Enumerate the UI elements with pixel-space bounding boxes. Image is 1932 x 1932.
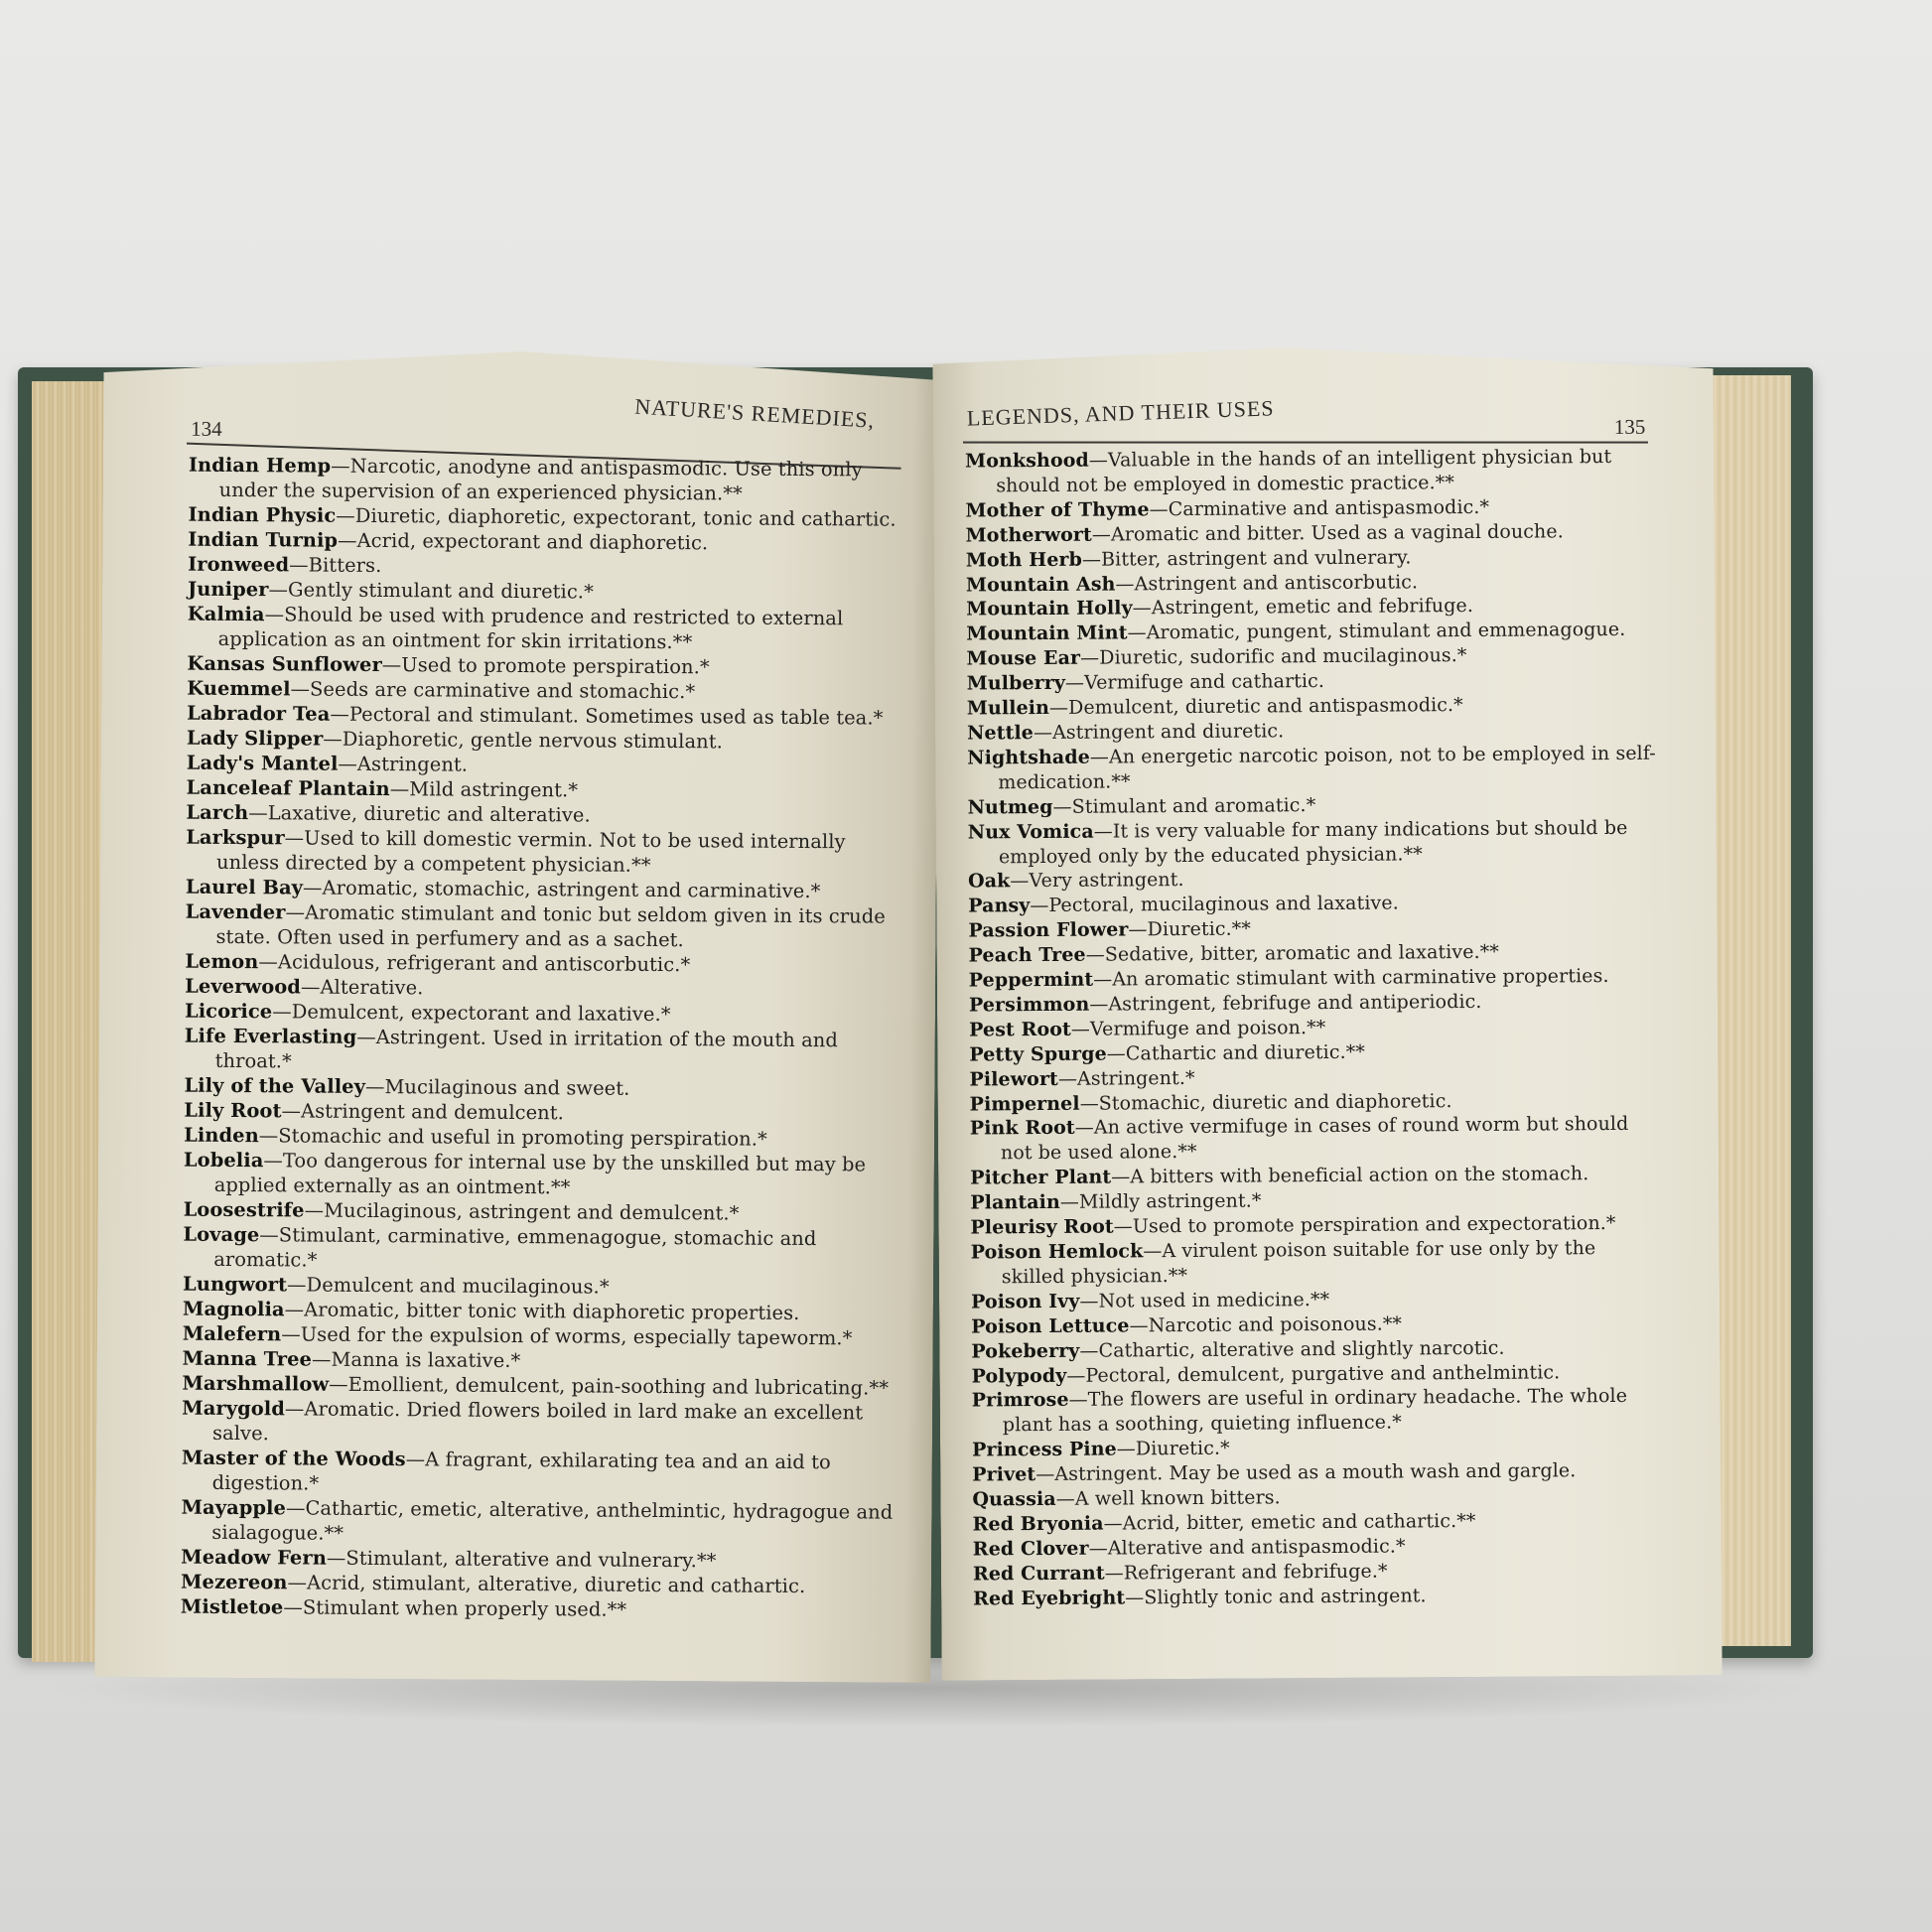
entry-description: Should be used with prudence and restric…: [218, 603, 844, 653]
entry-term: Monkshood: [965, 450, 1089, 473]
entry-dash: —: [1093, 969, 1112, 991]
entry-term: Lovage: [183, 1223, 259, 1247]
entry-dash: —: [1089, 450, 1108, 472]
entry-dash: —: [312, 1348, 332, 1371]
entry-description: Diuretic, sudorific and mucilaginous.*: [1099, 644, 1466, 669]
entry-description: Vermifuge and cathartic.: [1084, 670, 1324, 694]
entry-term: Red Bryonia: [973, 1513, 1104, 1536]
entry-term: Kalmia: [188, 603, 265, 626]
entry-term: Motherwort: [966, 523, 1092, 546]
entry-dash: —: [1080, 1092, 1099, 1114]
entry-dash: —: [1115, 573, 1134, 595]
entry-term: Mullein: [967, 697, 1049, 720]
glossary-entry: Pitcher Plant—A bitters with beneficial …: [970, 1162, 1660, 1191]
entry-term: Privet: [972, 1463, 1035, 1485]
entry-dash: —: [283, 1595, 303, 1618]
entry-dash: —: [259, 1223, 279, 1246]
entry-description: Sedative, bitter, aromatic and laxative.…: [1105, 941, 1499, 966]
glossary-entry: Primrose—The flowers are useful in ordin…: [972, 1384, 1662, 1439]
entry-dash: —: [1090, 746, 1109, 767]
entry-dash: —: [1150, 498, 1169, 520]
entry-term: Red Currant: [973, 1562, 1105, 1585]
entry-dash: —: [272, 1000, 292, 1023]
entry-term: Manna Tree: [182, 1347, 312, 1371]
entry-dash: —: [1127, 622, 1146, 644]
entry-dash: —: [1089, 1537, 1108, 1559]
entry-dash: —: [1071, 1019, 1090, 1040]
entry-description: Acrid, stimulant, alterative, diuretic a…: [307, 1572, 805, 1598]
right-page-number: 135: [1614, 415, 1646, 440]
entry-dash: —: [1082, 548, 1101, 570]
entry-description: Astringent. May be used as a mouth wash …: [1054, 1459, 1576, 1485]
entry-dash: —: [303, 876, 323, 898]
glossary-entry: Monkshood—Valuable in the hands of an in…: [965, 445, 1655, 499]
glossary-entry: Lovage—Stimulant, carminative, emmenagog…: [183, 1222, 899, 1277]
entry-dash: —: [281, 1322, 301, 1345]
glossary-entry: Peppermint—An aromatic stimulant with ca…: [969, 964, 1659, 994]
entry-dash: —: [331, 455, 350, 478]
entry-term: Mulberry: [967, 672, 1065, 695]
entry-description: Vermifuge and poison.**: [1090, 1017, 1325, 1040]
entry-term: Peppermint: [969, 969, 1094, 992]
entry-term: Red Eyebright: [973, 1587, 1125, 1609]
entry-description: Cathartic and diuretic.**: [1126, 1040, 1365, 1064]
entry-dash: —: [1079, 1290, 1098, 1311]
entry-term: Persimmon: [969, 994, 1090, 1017]
entry-description: Gently stimulant and diuretic.*: [288, 578, 594, 603]
glossary-entry: Motherwort—Aromatic and bitter. Used as …: [966, 518, 1656, 548]
entry-dash: —: [263, 1149, 283, 1172]
entry-dash: —: [327, 1547, 346, 1570]
glossary-entry: Mayapple—Cathartic, emetic, alterative, …: [181, 1495, 897, 1550]
entry-term: Mezereon: [181, 1571, 288, 1594]
entry-description: Narcotic and poisonous.**: [1149, 1312, 1403, 1336]
entry-term: Plantain: [970, 1191, 1060, 1214]
entry-term: Princess Pine: [972, 1439, 1117, 1461]
entry-dash: —: [338, 753, 357, 775]
entry-dash: —: [1080, 647, 1099, 669]
right-page: LEGENDS, AND THEIR USES 135 Monkshood—Va…: [932, 345, 1722, 1680]
entry-description: Mucilaginous and sweet.: [384, 1075, 629, 1100]
entry-dash: —: [1111, 1167, 1130, 1188]
entry-dash: —: [1053, 795, 1072, 817]
entry-dash: —: [338, 529, 357, 552]
entry-description: Refrigerant and febrifuge.*: [1124, 1560, 1388, 1584]
entry-dash: —: [1060, 1191, 1079, 1213]
entry-dash: —: [291, 677, 311, 700]
left-running-head: NATURE'S REMEDIES,: [634, 394, 876, 434]
entry-dash: —: [1114, 1215, 1133, 1237]
entry-term: Marshmallow: [182, 1372, 329, 1396]
entry-term: Petty Spurge: [969, 1042, 1107, 1065]
entry-dash: —: [365, 1075, 385, 1098]
entry-description: Aromatic. Dried flowers boiled in lard m…: [212, 1398, 863, 1446]
entry-description: Acrid, expectorant and diaphoretic.: [357, 529, 709, 554]
entry-term: Larkspur: [186, 826, 285, 850]
entry-term: Pleurisy Root: [970, 1216, 1113, 1239]
entry-description: Carminative and antispasmodic.*: [1169, 496, 1490, 520]
entry-description: Aromatic, pungent, stimulant and emmenag…: [1147, 619, 1626, 643]
entry-dash: —: [329, 1373, 348, 1396]
entry-description: A well known bitters.: [1075, 1486, 1281, 1509]
entry-description: Aromatic, bitter tonic with diaphoretic …: [304, 1299, 799, 1324]
entry-description: Stimulant when properly used.**: [303, 1596, 627, 1621]
entry-description: Diuretic.*: [1136, 1438, 1230, 1460]
entry-term: Indian Physic: [188, 503, 336, 527]
entry-term: Nux Vomica: [968, 820, 1094, 843]
right-entry-list: Monkshood—Valuable in the hands of an in…: [965, 445, 1663, 1611]
entry-dash: —: [289, 553, 309, 576]
entry-term: Nutmeg: [967, 796, 1052, 819]
entry-term: Mother of Thyme: [965, 498, 1149, 521]
entry-dash: —: [1128, 918, 1147, 940]
entry-dash: —: [258, 950, 278, 973]
entry-description: Astringent.*: [1077, 1067, 1195, 1090]
entry-term: Master of the Woods: [182, 1447, 406, 1471]
entry-term: Marygold: [182, 1397, 285, 1421]
entry-term: Red Clover: [973, 1538, 1089, 1561]
entry-description: Emollient, demulcent, pain-soothing and …: [348, 1373, 889, 1400]
entry-term: Kansas Sunflower: [187, 652, 382, 676]
glossary-entry: Life Everlasting—Astringent. Used in irr…: [185, 1024, 901, 1078]
entry-description: Demulcent, diuretic and antispasmodic.*: [1068, 694, 1463, 719]
left-entry-list: Indian Hemp—Narcotic, anodyne and antisp…: [181, 453, 905, 1624]
entry-dash: —: [1034, 722, 1052, 744]
entry-term: Lanceleaf Plantain: [187, 776, 390, 800]
entry-description: Demulcent and mucilaginous.*: [307, 1274, 610, 1299]
entry-description: Astringent, emetic and febrifuge.: [1152, 595, 1473, 619]
entry-term: Ironweed: [188, 553, 289, 577]
right-running-head: LEGENDS, AND THEIR USES: [966, 395, 1275, 431]
entry-dash: —: [1143, 1240, 1162, 1262]
entry-description: An aromatic stimulant with carminative p…: [1112, 965, 1608, 990]
glossary-entry: Poison Hemlock—A virulent poison suitabl…: [971, 1236, 1661, 1291]
entry-description: Astringent, febrifuge and antiperiodic.: [1108, 991, 1481, 1016]
entry-term: Lemon: [185, 950, 258, 974]
glossary-entry: Master of the Woods—A fragrant, exhilara…: [182, 1446, 898, 1500]
entry-dash: —: [1030, 895, 1048, 916]
entry-description: Stimulant, carminative, emmenagogue, sto…: [213, 1223, 816, 1271]
glossary-entry: Indian Hemp—Narcotic, anodyne and antisp…: [189, 453, 905, 507]
entry-term: Polypody: [971, 1364, 1066, 1387]
entry-description: Used to promote perspiration and expecto…: [1133, 1212, 1616, 1237]
entry-description: Laxative, diuretic and alterative.: [268, 801, 591, 826]
left-page-number: 134: [191, 417, 222, 442]
glossary-entry: Marygold—Aromatic. Dried flowers boiled …: [182, 1396, 898, 1450]
entry-dash: —: [406, 1448, 426, 1470]
entry-description: Mucilaginous, astringent and demulcent.*: [324, 1199, 740, 1225]
entry-term: Loosestrife: [184, 1198, 305, 1222]
entry-description: Stimulant, alterative and vulnerary.**: [345, 1547, 716, 1573]
entry-description: Used to promote perspiration.*: [401, 653, 710, 678]
entry-dash: —: [1066, 1364, 1085, 1386]
entry-description: Diaphoretic, gentle nervous stimulant.: [343, 728, 723, 754]
entry-description: A bitters with beneficial action on the …: [1130, 1163, 1588, 1187]
entry-dash: —: [1056, 1488, 1075, 1510]
entry-term: Peach Tree: [969, 944, 1086, 967]
entry-description: Bitter, astringent and vulnerary.: [1101, 546, 1412, 570]
entry-dash: —: [1079, 1339, 1098, 1361]
glossary-entry: Kalmia—Should be used with prudence and …: [188, 602, 904, 656]
entry-description: Astringent and antiscorbutic.: [1135, 571, 1419, 595]
entry-dash: —: [1117, 1439, 1136, 1460]
entry-term: Quassia: [972, 1488, 1055, 1511]
glossary-entry: Red Eyebright—Slightly tonic and astring…: [973, 1582, 1663, 1611]
entry-term: Moth Herb: [966, 548, 1082, 571]
entry-term: Pimpernel: [970, 1092, 1080, 1115]
entry-term: Poison Lettuce: [971, 1314, 1129, 1337]
entry-dash: —: [287, 1571, 307, 1593]
entry-term: Pilewort: [969, 1068, 1058, 1091]
entry-term: Passion Flower: [968, 919, 1128, 942]
entry-description: Manna is laxative.*: [331, 1348, 520, 1372]
entry-term: Lady's Mantel: [187, 752, 339, 775]
right-header-rule: [963, 442, 1648, 444]
entry-description: Used for the expulsion of worms, especia…: [301, 1322, 853, 1349]
entry-description: Diuretic.**: [1147, 918, 1251, 941]
entry-dash: —: [265, 603, 285, 625]
entry-description: Mild astringent.*: [409, 777, 578, 801]
entry-term: Magnolia: [183, 1298, 285, 1321]
entry-dash: —: [305, 1199, 325, 1222]
entry-term: Pokeberry: [971, 1339, 1079, 1362]
entry-term: Nettle: [967, 722, 1034, 744]
entry-description: Demulcent, expectorant and laxative.*: [292, 1000, 671, 1026]
entry-term: Larch: [186, 801, 248, 824]
entry-description: Astringent and diuretic.: [1052, 720, 1284, 744]
entry-description: Seeds are carminative and stomachic.*: [310, 678, 695, 704]
entry-dash: —: [382, 653, 402, 676]
entry-term: Primrose: [972, 1389, 1069, 1412]
entry-term: Lobelia: [184, 1149, 264, 1173]
entry-dash: —: [259, 1124, 279, 1147]
entry-dash: —: [390, 777, 410, 800]
entry-term: Mountain Ash: [966, 573, 1116, 596]
entry-dash: —: [281, 1099, 301, 1122]
entry-dash: —: [1094, 820, 1113, 842]
entry-term: Juniper: [188, 578, 269, 602]
glossary-entry: Pink Root—An active vermifuge in cases o…: [970, 1112, 1660, 1167]
entry-dash: —: [1010, 871, 1029, 893]
entry-dash: —: [1129, 1314, 1148, 1336]
entry-term: Indian Hemp: [189, 454, 332, 478]
entry-term: Pitcher Plant: [970, 1167, 1111, 1189]
entry-term: Labrador Tea: [187, 702, 330, 726]
entry-description: Mildly astringent.*: [1079, 1190, 1262, 1213]
glossary-entry: Lavender—Aromatic stimulant and tonic bu…: [185, 899, 901, 954]
entry-dash: —: [1035, 1463, 1054, 1485]
entry-term: Mountain Holly: [966, 598, 1133, 621]
entry-term: Linden: [184, 1124, 259, 1148]
entry-dash: —: [268, 578, 288, 601]
entry-dash: —: [287, 1273, 307, 1296]
entry-term: Poison Ivy: [971, 1291, 1080, 1313]
entry-description: Aromatic and bitter. Used as a vaginal d…: [1111, 520, 1564, 545]
entry-dash: —: [285, 1298, 305, 1320]
entry-description: An active vermifuge in cases of round wo…: [1001, 1113, 1628, 1164]
glossary-entry: Privet—Astringent. May be used as a mout…: [972, 1458, 1662, 1488]
entry-term: Mayapple: [181, 1496, 286, 1520]
entry-term: Malefern: [183, 1322, 282, 1346]
entry-dash: —: [1107, 1042, 1126, 1064]
glossary-entry: Nux Vomica—It is very valuable for many …: [968, 815, 1658, 870]
entry-dash: —: [323, 728, 343, 751]
entry-description: Bitters.: [309, 554, 382, 578]
entry-dash: —: [285, 1397, 305, 1420]
entry-description: Too dangerous for internal use by the un…: [214, 1149, 867, 1198]
entry-term: Lavender: [186, 900, 286, 924]
entry-term: Meadow Fern: [181, 1546, 327, 1570]
entry-description: Acrid, bitter, emetic and cathartic.**: [1123, 1510, 1476, 1534]
entry-term: Indian Turnip: [188, 528, 338, 552]
entry-dash: —: [1049, 697, 1068, 719]
entry-term: Licorice: [185, 1000, 272, 1024]
entry-dash: —: [1075, 1117, 1094, 1139]
entry-description: Very astringent.: [1029, 869, 1183, 892]
entry-description: Pectoral and stimulant. Sometimes used a…: [349, 703, 884, 730]
entry-term: Leverwood: [185, 975, 301, 999]
entry-dash: —: [1125, 1587, 1144, 1608]
glossary-entry: Mistletoe—Stimulant when properly used.*…: [181, 1594, 897, 1624]
entry-dash: —: [1086, 944, 1105, 966]
entry-term: Lady Slipper: [187, 727, 324, 751]
entry-description: Slightly tonic and astringent.: [1144, 1585, 1426, 1608]
entry-dash: —: [1092, 523, 1111, 545]
entry-dash: —: [285, 900, 305, 923]
entry-term: Poison Hemlock: [971, 1240, 1144, 1263]
entry-description: Pectoral, demulcent, purgative and anthe…: [1085, 1361, 1560, 1386]
entry-dash: —: [248, 801, 268, 824]
entry-description: Diuretic, diaphoretic, expectorant, toni…: [355, 504, 897, 531]
entry-term: Mistletoe: [181, 1595, 284, 1619]
glossary-entry: Larkspur—Used to kill domestic vermin. N…: [186, 825, 902, 880]
entry-term: Oak: [968, 871, 1010, 893]
entry-dash: —: [1065, 672, 1084, 694]
entry-description: Cathartic, alterative and slightly narco…: [1098, 1336, 1504, 1361]
glossary-entry: Lobelia—Too dangerous for internal use b…: [184, 1148, 900, 1202]
entry-term: Lily Root: [184, 1099, 281, 1123]
glossary-entry: Nightshade—An energetic narcotic poison,…: [967, 742, 1657, 796]
entry-description: Not used in medicine.**: [1098, 1289, 1329, 1312]
entry-description: Cathartic, emetic, alterative, anthelmin…: [211, 1497, 893, 1545]
entry-dash: —: [336, 504, 355, 527]
entry-description: Stimulant and aromatic.*: [1072, 794, 1316, 818]
entry-dash: —: [301, 975, 321, 998]
entry-description: Astringent.: [357, 753, 468, 776]
entry-dash: —: [286, 1496, 306, 1519]
entry-dash: —: [285, 826, 305, 849]
entry-term: Life Everlasting: [185, 1025, 357, 1048]
entry-term: Mouse Ear: [966, 647, 1080, 670]
left-page: 134 NATURE'S REMEDIES, Indian Hemp—Narco…: [94, 346, 939, 1683]
entry-description: Alterative.: [320, 976, 423, 1000]
entry-dash: —: [1058, 1067, 1077, 1089]
entry-description: Stomachic and useful in promoting perspi…: [278, 1124, 767, 1150]
entry-term: Nightshade: [967, 747, 1090, 769]
entry-description: Astringent and demulcent.: [301, 1099, 564, 1124]
entry-term: Lily of the Valley: [184, 1074, 365, 1098]
entry-term: Kuemmel: [187, 677, 290, 701]
entry-term: Pink Root: [970, 1117, 1075, 1140]
entry-description: The flowers are useful in ordinary heada…: [1003, 1385, 1627, 1436]
entry-description: Pectoral, mucilaginous and laxative.: [1048, 893, 1398, 916]
glossary-entry: Mountain Mint—Aromatic, pungent, stimula…: [966, 618, 1656, 647]
entry-dash: —: [1104, 1512, 1123, 1534]
entry-dash: —: [330, 703, 349, 726]
entry-description: Aromatic stimulant and tonic but seldom …: [215, 901, 885, 952]
entry-description: Alterative and antispasmodic.*: [1108, 1535, 1406, 1559]
entry-term: Laurel Bay: [186, 876, 303, 899]
entry-description: Aromatic, stomachic, astringent and carm…: [322, 877, 820, 903]
entry-dash: —: [356, 1026, 376, 1048]
entry-term: Pansy: [968, 895, 1030, 916]
entry-term: Lungwort: [183, 1273, 287, 1297]
entry-description: Used to kill domestic vermin. Not to be …: [216, 826, 846, 876]
entry-description: Stomachic, diuretic and diaphoretic.: [1099, 1090, 1452, 1114]
entry-dash: —: [1089, 993, 1108, 1015]
entry-dash: —: [1133, 598, 1152, 620]
entry-description: Acidulous, refrigerant and antiscorbutic…: [278, 950, 691, 976]
entry-dash: —: [1105, 1562, 1124, 1584]
entry-term: Pest Root: [969, 1019, 1071, 1041]
entry-term: Mountain Mint: [966, 622, 1127, 645]
entry-dash: —: [1069, 1389, 1088, 1411]
